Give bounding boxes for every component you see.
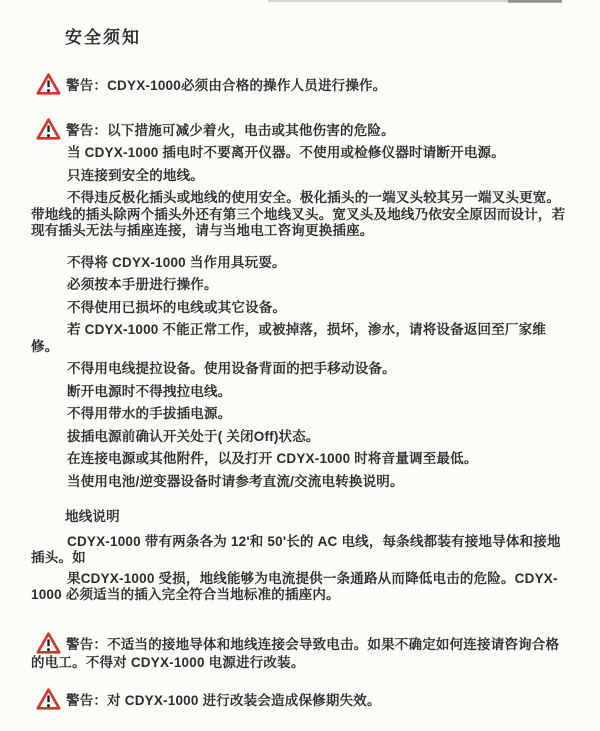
warning-row: 警告：对 CDYX-1000 进行改装会造成保修期失效。	[31, 687, 572, 711]
grounding-heading: 地线说明	[31, 509, 572, 526]
precaution-item: 不得违反极化插头或地线的使用安全。极化插头的一端叉头较其另一端叉头更宽。带地线的…	[31, 190, 572, 240]
warning-label: 警告：	[66, 693, 107, 708]
warning-triangle-icon	[35, 687, 62, 711]
warning-text: CDYX-1000必须由合格的操作人员进行操作。	[107, 78, 386, 93]
scan-artifact-mark	[508, 0, 562, 3]
precaution-item: 不得使用已损坏的电线或其它设备。	[31, 300, 572, 317]
precaution-item: 必须按本手册进行操作。	[31, 277, 572, 294]
precaution-item: 不得将 CDYX-1000 当作用具玩耍。	[31, 255, 572, 272]
warning-label: 警告：	[66, 637, 107, 652]
precaution-item: 当使用电池/逆变器设备时请参考直流/交流电转换说明。	[31, 474, 572, 491]
precaution-item: 断开电源时不得拽拉电线。	[31, 384, 572, 401]
warning-text: 以下措施可减少着火，电击或其他伤害的危险。	[107, 123, 395, 138]
warning-text: 对 CDYX-1000 进行改装会造成保修期失效。	[107, 693, 381, 708]
page-title: 安全须知	[65, 27, 572, 49]
warning-row: 警告：以下措施可减少着火，电击或其他伤害的危险。	[31, 117, 572, 141]
warning-label: 警告：	[66, 123, 107, 138]
warning-triangle-icon	[35, 117, 62, 141]
warning-triangle-icon	[35, 631, 62, 655]
warning-row: 警告：CDYX-1000必须由合格的操作人员进行操作。	[31, 72, 572, 96]
precaution-item: 不得用电线提拉设备。使用设备背面的把手移动设备。	[31, 361, 572, 378]
document-page: 安全须知 警告：CDYX-1000必须由合格的操作人员进行操作。 警告：以下措施…	[0, 0, 600, 711]
warning-triangle-icon	[35, 72, 62, 96]
warning-text: 不适当的接地导体和地线连接会导致电击。如果不确定如何连接请咨询合格的电工。不得对…	[31, 637, 559, 670]
grounding-paragraph: CDYX-1000 带有两条各为 12'和 50'长的 AC 电线，每条线都装有…	[31, 534, 572, 567]
warning-label: 警告：	[66, 78, 107, 93]
precaution-item: 不得用带水的手拔插电源。	[31, 406, 572, 423]
precaution-item: 在连接电源或其他附件，以及打开 CDYX-1000 时将音量调至最低。	[31, 451, 572, 468]
precaution-item: 只连接到安全的地线。	[31, 168, 572, 185]
precaution-item: 若 CDYX-1000 不能正常工作，或被掉落，损坏，渗水，请将设备返回至厂家维…	[31, 322, 572, 355]
warning-row: 警告：不适当的接地导体和地线连接会导致电击。如果不确定如何连接请咨询合格的电工。…	[31, 631, 572, 672]
precaution-item: 当 CDYX-1000 插电时不要离开仪器。不使用或检修仪器时请断开电源。	[31, 145, 572, 162]
grounding-paragraph: 果CDYX-1000 受损，地线能够为电流提供一条通路从而降低电击的危险。CDY…	[31, 571, 572, 604]
precaution-item: 拔插电源前确认开关处于( 关闭Off)状态。	[31, 429, 572, 446]
